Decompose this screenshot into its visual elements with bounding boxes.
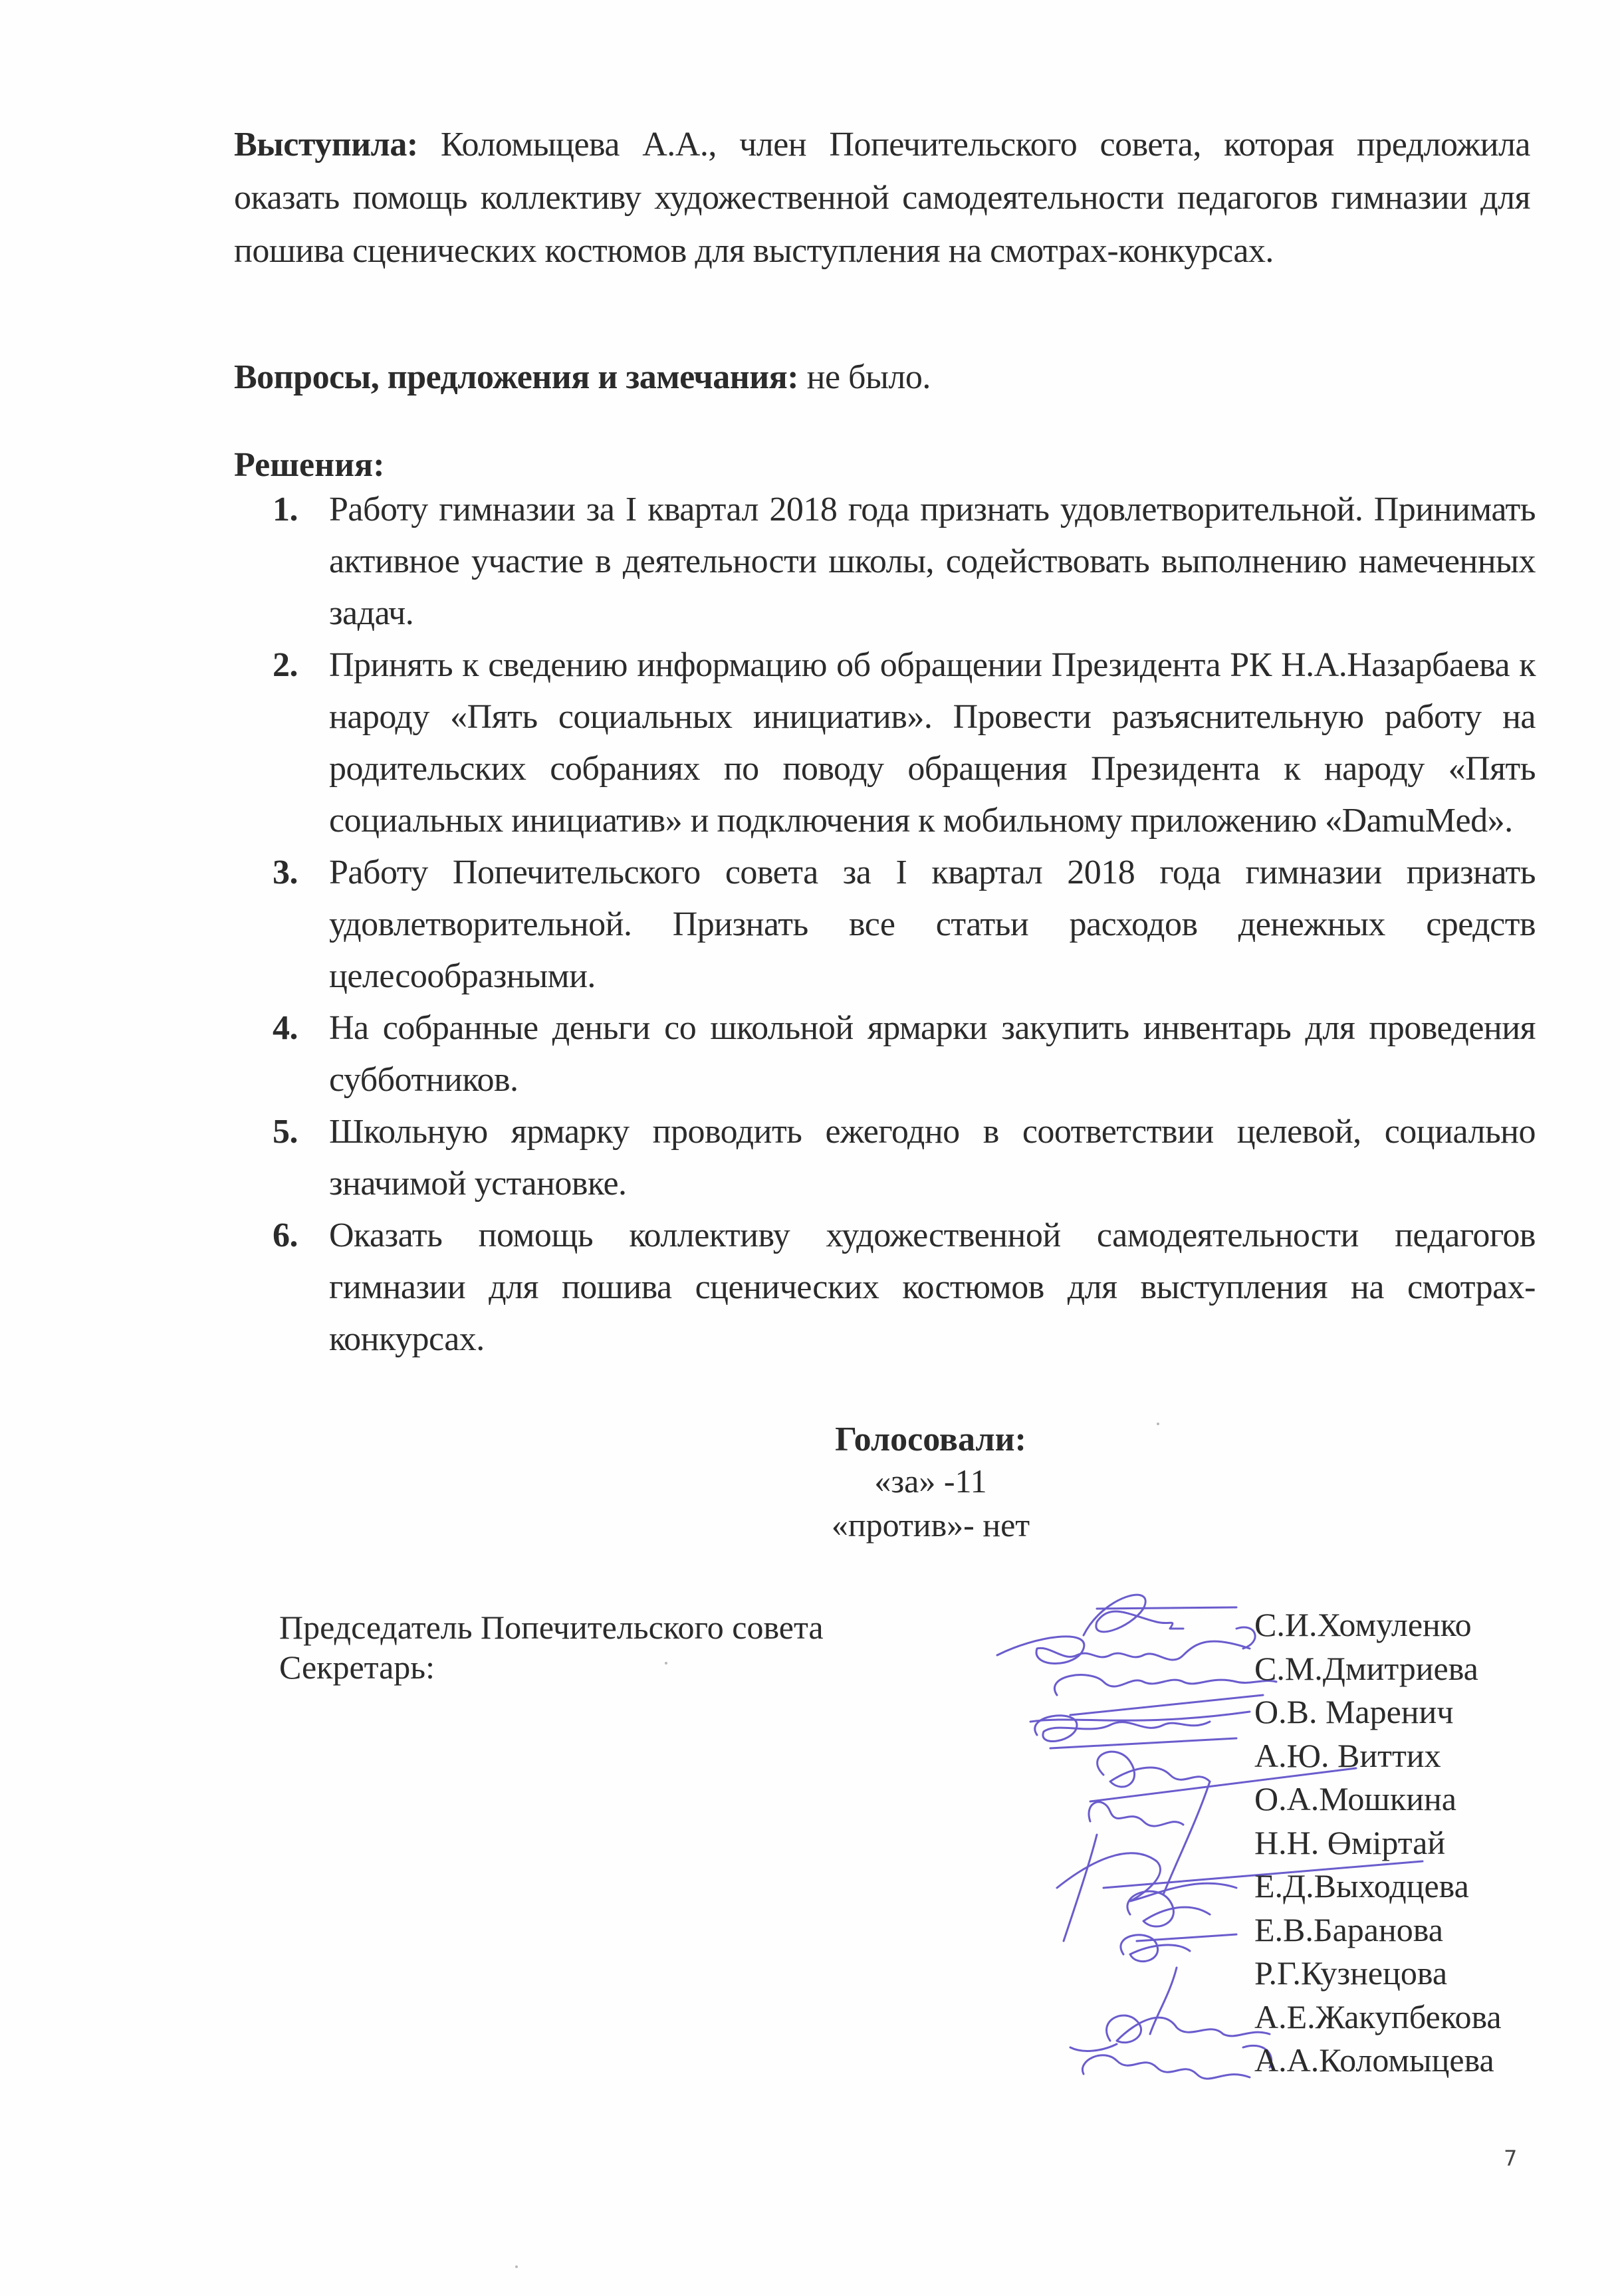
decision-item: 5. Школьную ярмарку проводить ежегодно в… bbox=[273, 1106, 1536, 1210]
voting-for: «за» -11 bbox=[0, 1460, 1620, 1502]
decision-item: 2. Принять к сведению информацию об обра… bbox=[273, 639, 1536, 847]
speaker-text: Коломыцева А.А., член Попечительского со… bbox=[234, 126, 1530, 270]
signatory-names: С.И.Хомуленко С.М.Дмитриева О.В. Маренич… bbox=[1254, 1603, 1502, 2083]
signatory-name: Р.Г.Кузнецова bbox=[1254, 1952, 1502, 1996]
speaker-paragraph: Выступила: Коломыцева А.А., член Попечит… bbox=[234, 118, 1530, 278]
decision-item: 1. Работу гимназии за I квартал 2018 год… bbox=[273, 484, 1536, 639]
signatory-name: С.И.Хомуленко bbox=[1254, 1603, 1502, 1647]
decision-text: Работу Попечительского совета за I кварт… bbox=[329, 854, 1536, 995]
decision-text: Работу гимназии за I квартал 2018 года п… bbox=[329, 491, 1536, 632]
scan-speck bbox=[665, 1662, 667, 1665]
signatory-name: Е.Д.Выходцева bbox=[1254, 1865, 1502, 1908]
decision-item: 3. Работу Попечительского совета за I кв… bbox=[273, 847, 1536, 1002]
signatory-name: С.М.Дмитриева bbox=[1254, 1647, 1502, 1691]
signatory-name: Е.В.Баранова bbox=[1254, 1908, 1502, 1952]
decision-number: 3. bbox=[273, 847, 298, 899]
signatory-name: А.Е.Жакупбекова bbox=[1254, 1996, 1502, 2039]
decision-text: На собранные деньги со школьной ярмарки … bbox=[329, 1009, 1536, 1099]
decisions-list: 1. Работу гимназии за I квартал 2018 год… bbox=[273, 484, 1536, 1365]
signatory-name: О.В. Маренич bbox=[1254, 1690, 1502, 1734]
voting-against: «против»- нет bbox=[0, 1504, 1620, 1546]
decision-number: 2. bbox=[273, 639, 298, 691]
secretary-role: Секретарь: bbox=[279, 1647, 435, 1687]
decision-number: 5. bbox=[273, 1106, 298, 1158]
decision-number: 6. bbox=[273, 1210, 298, 1262]
signatory-name: А.А.Коломыцева bbox=[1254, 2039, 1502, 2083]
scan-speck bbox=[515, 2265, 518, 2268]
decision-item: 4. На собранные деньги со школьной ярмар… bbox=[273, 1002, 1536, 1106]
decision-text: Принять к сведению информацию об обращен… bbox=[329, 646, 1536, 840]
questions-text: не было. bbox=[807, 358, 931, 396]
questions-label: Вопросы, предложения и замечания: bbox=[234, 358, 798, 396]
decision-text: Школьную ярмарку проводить ежегодно в со… bbox=[329, 1113, 1536, 1203]
decision-text: Оказать помощь коллективу художественной… bbox=[329, 1216, 1536, 1358]
page-number: 7 bbox=[1504, 2146, 1517, 2171]
voting-title: Голосовали: bbox=[0, 1419, 1620, 1461]
signatory-name: Н.Н. Өміртай bbox=[1254, 1821, 1502, 1865]
document-page: Выступила: Коломыцева А.А., член Попечит… bbox=[0, 0, 1620, 2296]
questions-paragraph: Вопросы, предложения и замечания: не был… bbox=[234, 351, 1530, 404]
decision-number: 4. bbox=[273, 1002, 298, 1054]
decision-number: 1. bbox=[273, 484, 298, 536]
chair-role: Председатель Попечительского совета bbox=[279, 1607, 824, 1647]
speaker-label: Выступила: bbox=[234, 126, 418, 164]
signatory-name: О.А.Мошкина bbox=[1254, 1778, 1502, 1821]
decision-item: 6. Оказать помощь коллективу художествен… bbox=[273, 1210, 1536, 1365]
signatory-name: А.Ю. Виттих bbox=[1254, 1734, 1502, 1778]
scan-speck bbox=[1157, 1423, 1159, 1425]
